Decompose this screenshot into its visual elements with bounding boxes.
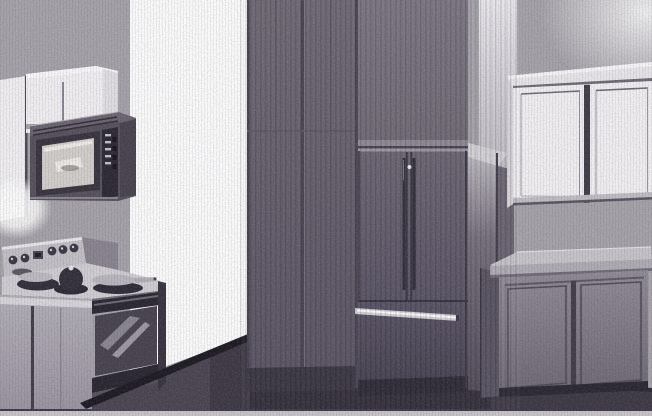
kitchen-scene [0, 0, 652, 416]
grain-light [0, 0, 652, 416]
kitchen-rendering [0, 0, 652, 416]
